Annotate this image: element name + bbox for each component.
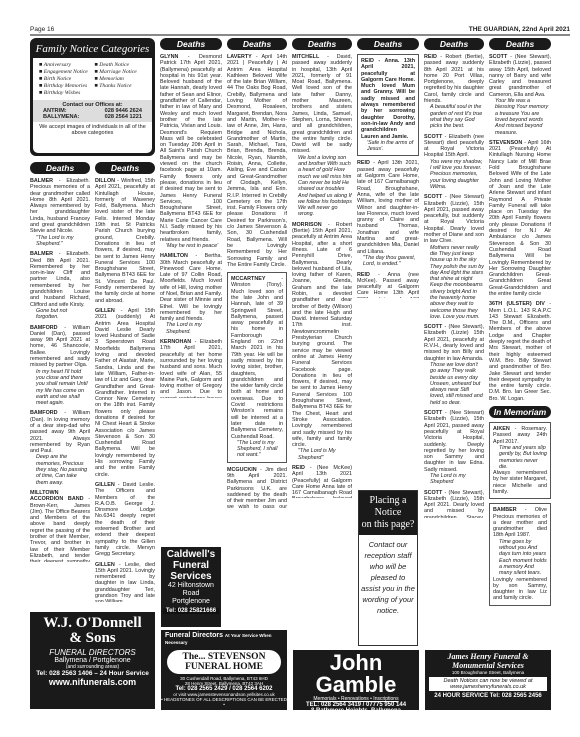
- notice-verse: Time and years slip gently by, But lovin…: [493, 445, 547, 470]
- notice-text: - (Nee Stewart) Elizabeth (Lizzie), 15th…: [424, 410, 484, 473]
- notice-name: MCCARTNEY: [231, 276, 265, 282]
- family-notice-categories-box: Family Notice Categories AnniversaryDeat…: [30, 38, 155, 156]
- ad-address: 8 Rathmore Heights, Ballymena: [293, 708, 419, 710]
- category-item: Marriage Notice: [95, 69, 147, 75]
- notice-text: - Elizabeth 17th April 2021, peacefully …: [160, 339, 222, 398]
- death-notice: GILLEN - April 15th 2021 (suddenly) At A…: [95, 308, 155, 478]
- notice-text: - April 16th 2021 (Peacefully) At Kintul…: [489, 140, 551, 297]
- ad-line: Caldwell's: [163, 549, 219, 560]
- death-notice: MORRISON - Robert (Bertie) 15th April 20…: [292, 222, 352, 461]
- notice-name: BALMER: [30, 251, 53, 257]
- death-notice: REID - (Nee McKee) April 13th 2021 (Peac…: [292, 465, 352, 498]
- ad-name: James Henry Funeral &: [425, 652, 551, 661]
- memoriam-notice: AIKEN - Rosemary. Passed away 24th April…: [489, 422, 551, 499]
- notice-verse: We lost a loving son and brother With su…: [292, 155, 352, 218]
- category-item: Memoriam: [95, 76, 147, 82]
- ad-phone: Tel: 028 25821666: [163, 608, 219, 614]
- death-notice: REID - Anna (nee McKee). Passed away pea…: [357, 272, 419, 299]
- notice-column-2: DeathsDILLON - Winifred, 15th April 2021…: [95, 162, 155, 602]
- notice-verse: Deep are the memories, Precious they sta…: [30, 454, 90, 485]
- notice-text: - Robert (Bertie) 15th April 2021, peace…: [292, 222, 352, 448]
- category-item: Birthday Wishes: [39, 90, 91, 96]
- notice-name: AIKEN: [493, 426, 510, 432]
- notice-verse: The Lord is my Shepherd: [424, 473, 484, 486]
- death-notice: BALMER - Elizabeth. Precious memories of…: [30, 178, 90, 247]
- notice-name: MORRISON: [292, 222, 322, 228]
- notice-name: REID: [292, 465, 305, 471]
- notice-name: SCOTT: [424, 490, 442, 496]
- notice-verse: "The Lord is my Shepherd.": [30, 235, 90, 248]
- death-notice: MILLTOWN ACCORDION BAND - Brown-Kerr, Ja…: [30, 490, 90, 562]
- category-list: AnniversaryDeath NoticeEngagement Notice…: [39, 62, 146, 96]
- notice-text: - Elizabeth. Died 8th April 2021. Rememb…: [30, 251, 90, 307]
- notice-name: LAVERTY: [227, 54, 252, 60]
- ad-name: Monumental Services: [425, 661, 551, 670]
- in-memoriam-header: In Memoriam: [489, 406, 551, 418]
- ad-name: John Gamble: [293, 652, 419, 696]
- category-item: Birthday Memories: [39, 83, 91, 89]
- notice-text: - Anna. 13th April 2021, peacefully at G…: [361, 58, 415, 140]
- notice-text: - Winifred, 15th April 2021, peacefully …: [95, 178, 155, 304]
- notice-name: BAMFORD: [30, 325, 58, 331]
- odonnell-funeral-ad: W.J. O'Donnell & Sons FUNERAL DIRECTORS …: [30, 612, 155, 709]
- notice-column-7: DeathsREID - Robert (Bertie), passed awa…: [424, 38, 484, 518]
- notice-name: REID: [357, 160, 370, 166]
- caldwells-funeral-ad: Caldwell's Funeral Services 42 Hiltonsto…: [161, 547, 221, 627]
- notice-name: SCOTT: [424, 194, 442, 200]
- ad-phone: 24 HOUR SERVICE Tel: 028 2565 2456: [425, 693, 551, 699]
- notice-name: REID: [361, 58, 374, 64]
- notice-column-5: DeathsMITCHELL - David, passed away sudd…: [292, 38, 352, 498]
- death-notice: REID - April 13th 2021, passed away peac…: [357, 160, 419, 267]
- notice-text: - Robert (Bertie), passed away suddenly …: [424, 54, 484, 104]
- notice-text: - Winston (Tony). Much loved son of the …: [231, 276, 283, 439]
- notice-text: - William Daniel (Dan), passed away 9th …: [30, 325, 90, 369]
- death-notice: GLYNN - Desmond Patrick 17th April 2021,…: [160, 54, 222, 249]
- notice-column-3: DeathsGLYNN - Desmond Patrick 17th April…: [160, 38, 222, 398]
- notice-name: STEVENSON: [489, 140, 522, 146]
- notice-name: HAMILTON: [160, 253, 188, 259]
- notice-name: MCGUCKIN: [227, 467, 257, 473]
- death-notice: MCGUCKIN - Jim died 9th April 2021. Ball…: [227, 467, 287, 508]
- notice-verse: Those we love don't go away They walk be…: [424, 362, 484, 406]
- memoriam-notice: BAMBER - Olive Precious memories of a de…: [489, 503, 551, 605]
- notice-name: 36TH (ULSTER) DIV: [489, 301, 545, 307]
- notice-name: MILLTOWN ACCORDION BAND: [30, 490, 84, 502]
- death-notice: LAVERTY - April 14th 2021 | Peacefully |…: [227, 54, 287, 268]
- header-rule: [30, 34, 570, 36]
- notice-verse: The Lord is my Shepherd.: [160, 322, 222, 335]
- ad-address: 100 Broughshane Street, Ballymena: [425, 670, 551, 675]
- notice-name: GILLEN: [95, 482, 115, 488]
- notice-name: BAMFORD: [30, 410, 58, 416]
- section-header: Deaths: [227, 38, 287, 50]
- notice-text: - Elizabeth. Precious memories of a dear…: [30, 178, 90, 234]
- death-notice: SCOTT - (Nee Stewart) Elizabeth (Lizzie)…: [424, 410, 484, 486]
- placing-notice-box: Placing a Noticeon this page? Contact ou…: [358, 490, 418, 646]
- contact-offices: Contact our Offices at: ANTRIM:028 9446 …: [33, 100, 152, 122]
- notice-text: - Brown-Kerr, James (Jim). The Office Be…: [30, 496, 90, 562]
- notice-text: - April 15th 2021 (suddenly) At Antrim A…: [95, 308, 155, 478]
- ad-phone: Tel: 028 2563 1406 – 24 Hour Service: [30, 670, 155, 677]
- categories-title: Family Notice Categories: [33, 43, 152, 55]
- death-notice: REID - Robert (Bertie), passed away sudd…: [424, 54, 484, 130]
- ad-address: Road: [163, 590, 219, 598]
- notice-name: REID: [424, 54, 437, 60]
- notice-name: REID: [357, 272, 370, 278]
- notice-text: - Mem L.O.L. 143 R.A.P.C 143 Stewart Eli…: [489, 301, 551, 401]
- death-notice: DILLON - Winifred, 15th April 2021, peac…: [95, 178, 155, 304]
- notice-name: BALMER: [30, 178, 53, 184]
- section-header: Deaths: [489, 38, 551, 50]
- section-header: Deaths: [160, 38, 222, 50]
- notice-footer: Lovingly remembered by son Sammy, daught…: [493, 577, 547, 602]
- death-notice: 36TH (ULSTER) DIV - Mem L.O.L. 143 R.A.P…: [489, 301, 551, 402]
- death-notice: MCCARTNEY - Winston (Tony). Much loved s…: [227, 272, 287, 463]
- notice-name: GILLEN: [95, 308, 115, 314]
- notice-text: - April 13th 2021, passed away peacefull…: [357, 160, 419, 254]
- ad-name-pill: The... STEVENSONFUNERAL HOME: [167, 650, 281, 674]
- notice-name: SCOTT: [424, 410, 442, 416]
- notice-verse: Time goes by without you And days turn i…: [493, 539, 547, 577]
- section-header: Deaths: [357, 38, 419, 50]
- ad-heading: Funeral Directors: [165, 632, 223, 639]
- death-notice: SCOTT - (Nee Stewart), Elizabeth (Lizzie…: [424, 490, 484, 518]
- ad-address: Portglenone: [163, 598, 219, 606]
- death-notice: GILLEN - David Leslie. The Officers and …: [95, 482, 155, 558]
- notice-name: GILLEN: [95, 562, 115, 568]
- notice-text: - (Nee Stewart) Elizabeth (Lizzie), 15th…: [424, 194, 484, 244]
- ad-area: Ballymena / Portglenone: [30, 657, 155, 664]
- notice-name: KERNOHAN: [160, 339, 191, 345]
- notice-verse: A beautiful soul in the garden of rest I…: [424, 104, 484, 129]
- category-item: Engagement Notice: [39, 69, 91, 75]
- notice-name: GLYNN: [160, 54, 178, 60]
- notice-footer: Always remembered by her sister Margaret…: [493, 470, 547, 495]
- ad-role: FUNERAL DIRECTORS: [30, 648, 155, 657]
- paper-dateline: THE GUARDIAN, 22nd April 2021: [469, 26, 570, 33]
- notice-text: - Desmond Patrick 17th April 2021, (Ball…: [160, 54, 222, 243]
- death-notice: REID - Anna. 13th April 2021, peacefully…: [357, 54, 419, 156]
- death-notice: SCOTT - (Nee Stewart) Elizabeth (Lizzie)…: [424, 194, 484, 320]
- notice-text: - (Nee Stewart), Elizabeth (Lizzie) 15th…: [424, 324, 484, 361]
- death-notice: BAMFORD - William Daniel (Dan), passed a…: [30, 325, 90, 407]
- notice-column-8: DeathsSCOTT - (Nee Stewart), Elizabeth (…: [489, 38, 551, 608]
- notice-verse: Your life was a blessing Your memory a t…: [489, 98, 551, 136]
- death-notice: GILLEN - Leslie, died 15th April 2021. L…: [95, 562, 155, 602]
- notice-text: - Jim died 9th April 2021. Ballymena and…: [227, 467, 287, 508]
- placing-title: on this page?: [359, 519, 417, 531]
- death-notice: HAMILTON - Bertha. 30th March peacefully…: [160, 253, 222, 335]
- notice-text: - Leslie, died 15th April 2021. Lovingly…: [95, 562, 155, 602]
- notice-name: SCOTT: [489, 54, 507, 60]
- notice-verse: "The Lord is my Shepherd, I shall not wa…: [231, 440, 283, 459]
- death-notice: SCOTT - Elizabeth (nee Stewart) died pea…: [424, 134, 484, 191]
- notice-text: - David Leslie. The Officers and Members…: [95, 482, 155, 557]
- category-item: Death Notice: [95, 62, 147, 68]
- ad-subname: & Sons: [30, 631, 155, 646]
- notice-name: DILLON: [95, 178, 115, 184]
- section-header: Deaths: [30, 162, 90, 174]
- ad-website[interactable]: www.nifunerals.com: [30, 677, 155, 687]
- notice-verse: You were my shadow, I will love you fore…: [424, 159, 484, 190]
- notice-verse: "The day thou gavest, Lord, is ended.": [357, 255, 419, 268]
- notice-name: SCOTT: [424, 134, 442, 140]
- notice-text: - April 14th 2021 | Peacefully | At Antr…: [227, 54, 287, 268]
- death-notice: STEVENSON - April 16th 2021 (Peacefully)…: [489, 140, 551, 297]
- placing-body: Contact our reception staff who will be …: [359, 535, 417, 620]
- category-item: Anniversary: [39, 62, 91, 68]
- page-number: Page 16: [30, 26, 54, 33]
- ad-line: Services: [163, 571, 219, 582]
- image-note: We accept images of individuals in all o…: [39, 124, 146, 136]
- notice-name: SCOTT: [424, 324, 442, 330]
- office-name: BALLYMENA:: [43, 114, 79, 120]
- ad-name: FUNERAL HOME: [169, 662, 279, 672]
- notice-verse: "The Lord is My Shepherd": [292, 448, 352, 461]
- death-notice: KERNOHAN - Elizabeth 17th April 2021, pe…: [160, 339, 222, 398]
- james-henry-ad: James Henry Funeral & Monumental Service…: [425, 650, 551, 710]
- section-header: Deaths: [292, 38, 352, 50]
- notice-name: BAMBER: [493, 507, 517, 513]
- ad-line: Funeral: [163, 560, 219, 571]
- death-notice: BALMER - Elizabeth. Died 8th April 2021.…: [30, 251, 90, 320]
- office-phone: 028 2564 1221: [105, 114, 142, 120]
- death-notice: SCOTT - (Nee Stewart), Elizabeth (Lizzie…: [489, 54, 551, 136]
- placing-title: Placing a Notice: [359, 495, 417, 519]
- notice-text: - (Nee Stewart), Elizabeth (Lizzie), pas…: [489, 54, 551, 98]
- notice-name: MITCHELL: [292, 54, 319, 60]
- notice-column-1: DeathsBALMER - Elizabeth. Precious memor…: [30, 162, 90, 562]
- john-gamble-ad: John Gamble Memorials • Renovations • In…: [293, 650, 419, 710]
- category-item: Thanks Notice: [95, 83, 147, 89]
- ad-address: 42 Hiltonstown: [163, 582, 219, 590]
- death-notice: BAMFORD - William (Dan). In loving memor…: [30, 410, 90, 486]
- notice-text: - William (Dan). In loving memory of a d…: [30, 410, 90, 454]
- ad-name: W.J. O'Donnell: [30, 616, 155, 631]
- death-notice: SCOTT - (Nee Stewart), Elizabeth (Lizzie…: [424, 324, 484, 406]
- notice-column-6: DeathsREID - Anna. 13th April 2021, peac…: [357, 38, 419, 298]
- notice-column-4: DeathsLAVERTY - April 14th 2021 | Peacef…: [227, 38, 287, 508]
- notice-text: - Bertha. 30th March peacefully at Pinew…: [160, 253, 222, 322]
- stevenson-funeral-home-ad: Funeral Directors At Your Service When N…: [161, 630, 287, 710]
- category-item: Birth Notice: [39, 76, 91, 82]
- death-notice: MITCHELL - David, passed away suddenly i…: [292, 54, 352, 218]
- ad-note: • HEADSTONES OF ALL DESCRIPTIONS CAN BE …: [161, 697, 287, 707]
- section-header: Deaths: [424, 38, 484, 50]
- ad-name: The... STEVENSON: [169, 652, 279, 662]
- section-header: Deaths: [95, 162, 155, 174]
- notice-verse: Gone but not forgotten.: [30, 308, 90, 321]
- notice-verse: 'Safe in the arms of Jesus'.: [361, 140, 415, 153]
- notice-text: - David, passed away suddenly in hospita…: [292, 54, 352, 154]
- notice-verse: 'May he rest in peace': [160, 243, 222, 249]
- notice-verse: Mothers never really die They just keep …: [424, 245, 484, 321]
- notice-verse: In my heart I'll hold you close and ther…: [30, 369, 90, 407]
- ad-website[interactable]: www.jameshenryfunerals.co.uk: [430, 684, 546, 690]
